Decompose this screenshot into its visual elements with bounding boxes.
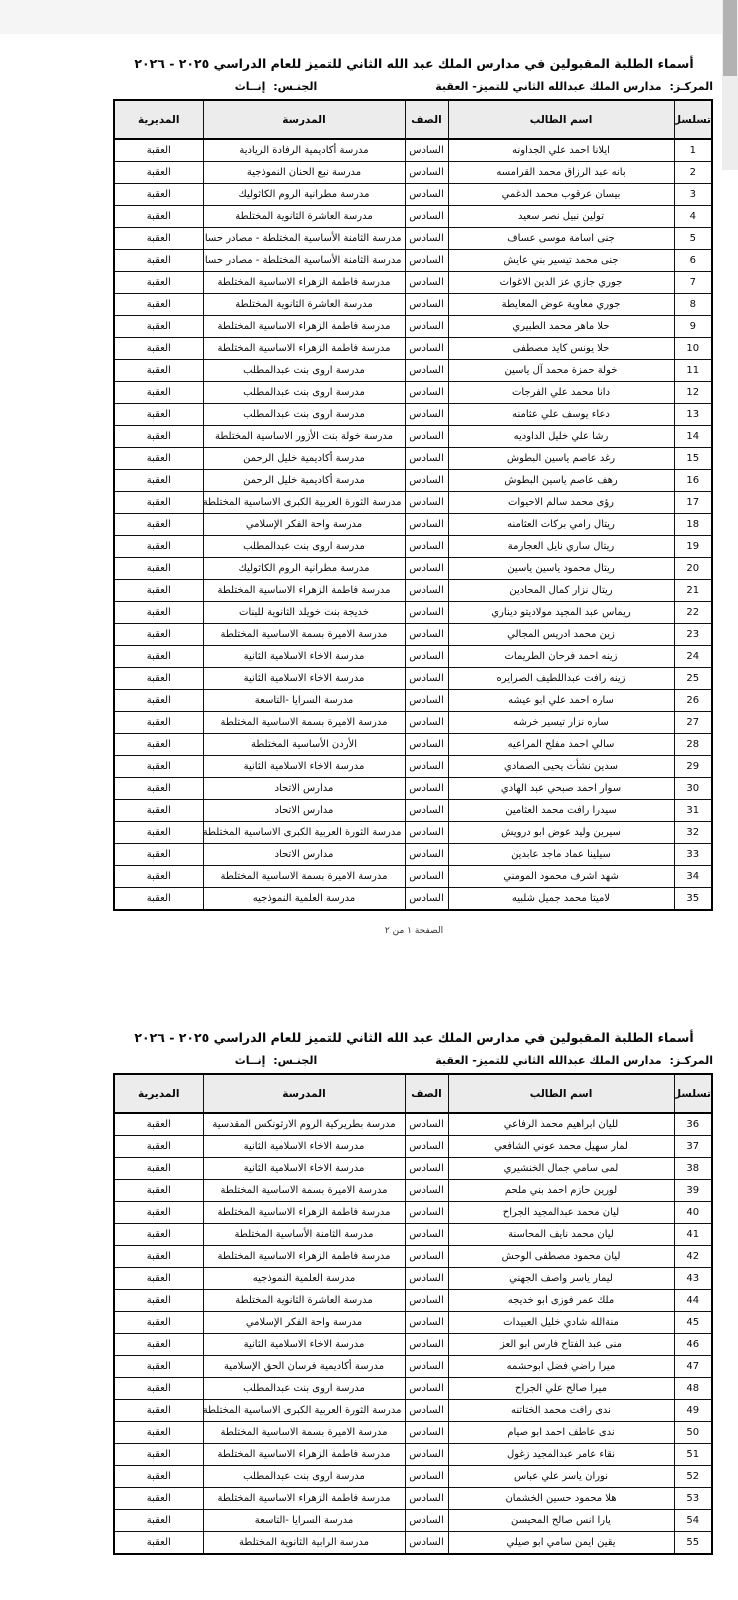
student-name-cell: زينه رافت عبداللطيف الصرايره	[448, 668, 674, 690]
report-meta: المركـز: مدارس الملك عبدالله الثاني للتم…	[115, 80, 713, 93]
directorate-cell: العقبة	[114, 492, 203, 514]
grade-cell: السادس	[405, 382, 448, 404]
directorate-cell: العقبة	[114, 734, 203, 756]
school-cell: مدرسة الثورة العربية الكبرى الاساسية الم…	[203, 492, 405, 514]
school-cell: مدرسة أكاديمية خليل الرحمن	[203, 470, 405, 492]
grade-cell: السادس	[405, 1290, 448, 1312]
table-row: 43ليمار ياسر واصف الجهنيالسادسمدرسة العل…	[114, 1268, 712, 1290]
table-row: 44ملك عمر فوزى ابو خديجهالسادسمدرسة العا…	[114, 1290, 712, 1312]
directorate-cell: العقبة	[114, 162, 203, 184]
school-cell: مدرسة الثامنة الأساسية المختلطة	[203, 1224, 405, 1246]
student-name-cell: ايلانا احمد علي الجداونه	[448, 139, 674, 162]
school-cell: مدرسة بطريركية الروم الارثونكس المقدسية	[203, 1113, 405, 1136]
directorate-cell: العقبة	[114, 382, 203, 404]
grade-cell: السادس	[405, 1246, 448, 1268]
grade-cell: السادس	[405, 888, 448, 911]
student-name-cell: رهف عاصم ياسين البطوش	[448, 470, 674, 492]
directorate-cell: العقبة	[114, 558, 203, 580]
header-student-name: اسم الطالب	[448, 100, 674, 139]
student-name-cell: دعاء يوسف علي عثامنه	[448, 404, 674, 426]
table-row: 19ريتال ساري نايل العجارمةالسادسمدرسة ار…	[114, 536, 712, 558]
table-row: 40ليان محمد عبدالمجيد الجراحالسادسمدرسة …	[114, 1202, 712, 1224]
student-name-cell: منةالله شادي خليل العبيدات	[448, 1312, 674, 1334]
directorate-cell: العقبة	[114, 1290, 203, 1312]
directorate-cell: العقبة	[114, 470, 203, 492]
directorate-cell: العقبة	[114, 338, 203, 360]
school-cell: مدرسة اروى بنت عبدالمطلب	[203, 360, 405, 382]
directorate-cell: العقبة	[114, 1334, 203, 1356]
serial-cell: 39	[674, 1180, 712, 1202]
table-row: 35لاميتا محمد جميل شلبيهالسادسمدرسة العل…	[114, 888, 712, 911]
grade-cell: السادس	[405, 1202, 448, 1224]
student-name-cell: ملك عمر فوزى ابو خديجه	[448, 1290, 674, 1312]
serial-cell: 7	[674, 272, 712, 294]
grade-cell: السادس	[405, 558, 448, 580]
directorate-cell: العقبة	[114, 822, 203, 844]
serial-cell: 12	[674, 382, 712, 404]
student-name-cell: ريتال محمود ياسين ياسين	[448, 558, 674, 580]
grade-cell: السادس	[405, 756, 448, 778]
table-row: 32سيرين وليد عوض ابو درويشالسادسمدرسة ال…	[114, 822, 712, 844]
serial-cell: 17	[674, 492, 712, 514]
school-cell: مدرسة الثامنة الأساسية المختلطة - مصادر …	[203, 228, 405, 250]
directorate-cell: العقبة	[114, 756, 203, 778]
school-cell: مدرسة العاشرة الثانوية المختلطة	[203, 206, 405, 228]
grade-cell: السادس	[405, 580, 448, 602]
grade-cell: السادس	[405, 404, 448, 426]
table-row: 47ميرا راضي فضل ابوحشمهالسادسمدرسة أكادي…	[114, 1356, 712, 1378]
serial-cell: 26	[674, 690, 712, 712]
school-cell: مدرسة الاخاء الاسلامية الثانية	[203, 1158, 405, 1180]
grade-cell: السادس	[405, 514, 448, 536]
directorate-cell: العقبة	[114, 294, 203, 316]
table-row: 14رشا علي خليل الداوديهالسادسمدرسة خولة …	[114, 426, 712, 448]
header-serial: تسلسل	[674, 1074, 712, 1113]
table-row: 10حلا يونس كايد مصطفىالسادسمدرسة فاطمة ا…	[114, 338, 712, 360]
student-name-cell: سيرين وليد عوض ابو درويش	[448, 822, 674, 844]
grade-cell: السادس	[405, 866, 448, 888]
student-name-cell: ريتال ساري نايل العجارمة	[448, 536, 674, 558]
table-row: 51نقاء عامر عبدالمجيد زغولالسادسمدرسة فا…	[114, 1444, 712, 1466]
grade-cell: السادس	[405, 1532, 448, 1555]
serial-cell: 46	[674, 1334, 712, 1356]
school-cell: مدرسة العاشرة الثانوية المختلطة	[203, 1290, 405, 1312]
grade-cell: السادس	[405, 1510, 448, 1532]
student-name-cell: منى عبد الفتاح فارس ابو العز	[448, 1334, 674, 1356]
directorate-cell: العقبة	[114, 404, 203, 426]
grade-cell: السادس	[405, 1466, 448, 1488]
serial-cell: 28	[674, 734, 712, 756]
serial-cell: 44	[674, 1290, 712, 1312]
table-row: 54يارا انس صالح المحيسنالسادسمدرسة السرا…	[114, 1510, 712, 1532]
grade-cell: السادس	[405, 162, 448, 184]
grade-cell: السادس	[405, 844, 448, 866]
serial-cell: 13	[674, 404, 712, 426]
school-cell: مدرسة مطرانية الروم الكاثوليك	[203, 558, 405, 580]
student-name-cell: رشا علي خليل الداوديه	[448, 426, 674, 448]
serial-cell: 52	[674, 1466, 712, 1488]
school-cell: مدرسة فاطمة الزهراء الاساسية المختلطة	[203, 1246, 405, 1268]
student-name-cell: نوران ياسر علي عباس	[448, 1466, 674, 1488]
table-row: 1ايلانا احمد علي الجداونهالسادسمدرسة أكا…	[114, 139, 712, 162]
school-cell: مدرسة واحة الفكر الإسلامي	[203, 1312, 405, 1334]
table-row: 45منةالله شادي خليل العبيداتالسادسمدرسة …	[114, 1312, 712, 1334]
table-header-row: تسلسل اسم الطالب الصف المدرسة المديرية	[114, 1074, 712, 1113]
student-name-cell: ندى رافت محمد الختاتنه	[448, 1400, 674, 1422]
grade-cell: السادس	[405, 492, 448, 514]
grade-cell: السادس	[405, 800, 448, 822]
school-cell: مدرسة العاشرة الثانوية المختلطة	[203, 294, 405, 316]
student-name-cell: سوار احمد صبحي عبد الهادي	[448, 778, 674, 800]
grade-cell: السادس	[405, 448, 448, 470]
document-viewport: أسماء الطلبة المقبولين في مدارس الملك عب…	[0, 0, 738, 1600]
student-name-cell: شهد اشرف محمود المومني	[448, 866, 674, 888]
student-name-cell: لمى سامي جمال الخنشيري	[448, 1158, 674, 1180]
grade-cell: السادس	[405, 1312, 448, 1334]
center-value: مدارس الملك عبدالله الثاني للتميز- العقب…	[435, 1054, 661, 1067]
serial-cell: 25	[674, 668, 712, 690]
student-name-cell: جنى محمد تيسير بني عايش	[448, 250, 674, 272]
table-row: 17رؤى محمد سالم الاحيواتالسادسمدرسة الثو…	[114, 492, 712, 514]
grade-cell: السادس	[405, 1180, 448, 1202]
center-label: المركـز:	[669, 1054, 713, 1067]
table-row: 2بانه عبد الرزاق محمد القرامسهالسادسمدرس…	[114, 162, 712, 184]
student-name-cell: حلا يونس كايد مصطفى	[448, 338, 674, 360]
school-cell: مدرسة الاميرة بسمة الاساسية المختلطة	[203, 624, 405, 646]
grade-cell: السادس	[405, 734, 448, 756]
serial-cell: 11	[674, 360, 712, 382]
table-row: 25زينه رافت عبداللطيف الصرايرهالسادسمدرس…	[114, 668, 712, 690]
table-row: 50ندى عاطف احمد ابو صيامالسادسمدرسة الام…	[114, 1422, 712, 1444]
table-row: 38لمى سامي جمال الخنشيريالسادسمدرسة الاخ…	[114, 1158, 712, 1180]
grade-cell: السادس	[405, 1113, 448, 1136]
header-grade: الصف	[405, 100, 448, 139]
gender-label: الجنـس:	[273, 80, 317, 93]
grade-cell: السادس	[405, 1488, 448, 1510]
serial-cell: 36	[674, 1113, 712, 1136]
directorate-cell: العقبة	[114, 316, 203, 338]
table-row: 7جوري جازي عز الدين الاغواتالسادسمدرسة ف…	[114, 272, 712, 294]
page-title: أسماء الطلبة المقبولين في مدارس الملك عب…	[115, 56, 713, 71]
table-row: 24زينه احمد فرحان الطريماتالسادسمدرسة ال…	[114, 646, 712, 668]
serial-cell: 37	[674, 1136, 712, 1158]
school-cell: مدرسة اروى بنت عبدالمطلب	[203, 1378, 405, 1400]
gender-label: الجنـس:	[273, 1054, 317, 1067]
page-number-footer: الصفحة ١ من ٢	[115, 926, 713, 936]
table-row: 52نوران ياسر علي عباسالسادسمدرسة اروى بن…	[114, 1466, 712, 1488]
grade-cell: السادس	[405, 338, 448, 360]
school-cell: مدارس الاتحاد	[203, 778, 405, 800]
directorate-cell: العقبة	[114, 536, 203, 558]
student-name-cell: هلا محمود حسين الخشمان	[448, 1488, 674, 1510]
table-row: 21ريتال نزار كمال المحادينالسادسمدرسة فا…	[114, 580, 712, 602]
directorate-cell: العقبة	[114, 1532, 203, 1555]
grade-cell: السادس	[405, 822, 448, 844]
directorate-cell: العقبة	[114, 360, 203, 382]
grade-cell: السادس	[405, 624, 448, 646]
table-row: 46منى عبد الفتاح فارس ابو العزالسادسمدرس…	[114, 1334, 712, 1356]
serial-cell: 53	[674, 1488, 712, 1510]
student-name-cell: ساره نزار تيسير خرشه	[448, 712, 674, 734]
student-name-cell: لاميتا محمد جميل شلبيه	[448, 888, 674, 911]
serial-cell: 18	[674, 514, 712, 536]
student-name-cell: ريتال رامي بركات العثامنه	[448, 514, 674, 536]
school-cell: مدرسة فاطمة الزهراء الاساسية المختلطة	[203, 338, 405, 360]
serial-cell: 1	[674, 139, 712, 162]
student-name-cell: بانه عبد الرزاق محمد القرامسه	[448, 162, 674, 184]
grade-cell: السادس	[405, 360, 448, 382]
grade-cell: السادس	[405, 426, 448, 448]
serial-cell: 21	[674, 580, 712, 602]
scrollbar-thumb[interactable]	[723, 0, 737, 76]
directorate-cell: العقبة	[114, 1488, 203, 1510]
serial-cell: 30	[674, 778, 712, 800]
student-name-cell: لليان ابراهيم محمد الرفاعي	[448, 1113, 674, 1136]
school-cell: مدرسة أكاديمية خليل الرحمن	[203, 448, 405, 470]
serial-cell: 33	[674, 844, 712, 866]
serial-cell: 49	[674, 1400, 712, 1422]
school-cell: مدرسة الاميرة بسمة الاساسية المختلطة	[203, 866, 405, 888]
grade-cell: السادس	[405, 1158, 448, 1180]
student-name-cell: بيسان عرقوب محمد الدغمي	[448, 184, 674, 206]
directorate-cell: العقبة	[114, 1180, 203, 1202]
student-name-cell: زينه احمد فرحان الطريمات	[448, 646, 674, 668]
serial-cell: 23	[674, 624, 712, 646]
report-meta: المركـز: مدارس الملك عبدالله الثاني للتم…	[115, 1054, 713, 1067]
school-cell: مدرسة الاميرة بسمة الاساسية المختلطة	[203, 1180, 405, 1202]
school-cell: مدرسة الاخاء الاسلامية الثانية	[203, 646, 405, 668]
school-cell: مدرسة الاخاء الاسلامية الثانية	[203, 668, 405, 690]
school-cell: مدرسة العلمية النموذجيه	[203, 888, 405, 911]
table-row: 53هلا محمود حسين الخشمانالسادسمدرسة فاطم…	[114, 1488, 712, 1510]
student-name-cell: ريتال نزار كمال المحادين	[448, 580, 674, 602]
serial-cell: 20	[674, 558, 712, 580]
directorate-cell: العقبة	[114, 1136, 203, 1158]
directorate-cell: العقبة	[114, 1202, 203, 1224]
school-cell: مدرسة أكاديمية الرفادة الريادية	[203, 139, 405, 162]
serial-cell: 14	[674, 426, 712, 448]
school-cell: مدرسة فاطمة الزهراء الاساسية المختلطة	[203, 1488, 405, 1510]
table-row: 55يقين ايمن سامي ابو صيليالسادسمدرسة الر…	[114, 1532, 712, 1555]
serial-cell: 4	[674, 206, 712, 228]
student-name-cell: سالي احمد مفلح المراعيه	[448, 734, 674, 756]
school-cell: مدرسة نبع الحنان النموذجية	[203, 162, 405, 184]
school-cell: مدرسة مطرانية الروم الكاثوليك	[203, 184, 405, 206]
serial-cell: 29	[674, 756, 712, 778]
serial-cell: 31	[674, 800, 712, 822]
directorate-cell: العقبة	[114, 139, 203, 162]
student-name-cell: ميرا صالح علي الجراح	[448, 1378, 674, 1400]
school-cell: مدرسة أكاديمية فرسان الحق الإسلامية	[203, 1356, 405, 1378]
gender-field: الجنـس: إنــاث	[235, 1054, 317, 1067]
table-row: 12دانا محمد علي الفرجاتالسادسمدرسة اروى …	[114, 382, 712, 404]
school-cell: مدارس الاتحاد	[203, 800, 405, 822]
grade-cell: السادس	[405, 470, 448, 492]
student-name-cell: خولة حمزة محمد آل ياسين	[448, 360, 674, 382]
header-directorate: المديرية	[114, 1074, 203, 1113]
directorate-cell: العقبة	[114, 866, 203, 888]
header-serial: تسلسل	[674, 100, 712, 139]
serial-cell: 19	[674, 536, 712, 558]
student-name-cell: رغد عاصم ياسين البطوش	[448, 448, 674, 470]
student-name-cell: ريماس عبد المجيد مولاديتو ديناري	[448, 602, 674, 624]
school-cell: مدرسة الثورة العربية الكبرى الاساسية الم…	[203, 1400, 405, 1422]
directorate-cell: العقبة	[114, 1356, 203, 1378]
directorate-cell: العقبة	[114, 580, 203, 602]
table-row: 18ريتال رامي بركات العثامنهالسادسمدرسة و…	[114, 514, 712, 536]
school-cell: الأردن الأساسية المختلطة	[203, 734, 405, 756]
student-name-cell: نقاء عامر عبدالمجيد زغول	[448, 1444, 674, 1466]
table-row: 31سيدرا رافت محمد العثامينالسادسمدارس ال…	[114, 800, 712, 822]
table-row: 13دعاء يوسف علي عثامنهالسادسمدرسة اروى ب…	[114, 404, 712, 426]
directorate-cell: العقبة	[114, 514, 203, 536]
serial-cell: 8	[674, 294, 712, 316]
student-name-cell: ليمار ياسر واصف الجهني	[448, 1268, 674, 1290]
grade-cell: السادس	[405, 602, 448, 624]
school-cell: مدرسة السرايا -التاسعة	[203, 1510, 405, 1532]
student-name-cell: جنى اسامة موسى عساف	[448, 228, 674, 250]
serial-cell: 51	[674, 1444, 712, 1466]
table-row: 27ساره نزار تيسير خرشهالسادسمدرسة الامير…	[114, 712, 712, 734]
serial-cell: 40	[674, 1202, 712, 1224]
table-header-row: تسلسل اسم الطالب الصف المدرسة المديرية	[114, 100, 712, 139]
table-row: 6جنى محمد تيسير بني عايشالسادسمدرسة الثا…	[114, 250, 712, 272]
grade-cell: السادس	[405, 778, 448, 800]
table-row: 26ساره احمد علي ابو عيشهالسادسمدرسة السر…	[114, 690, 712, 712]
directorate-cell: العقبة	[114, 712, 203, 734]
directorate-cell: العقبة	[114, 206, 203, 228]
directorate-cell: العقبة	[114, 646, 203, 668]
directorate-cell: العقبة	[114, 1113, 203, 1136]
school-cell: مدرسة اروى بنت عبدالمطلب	[203, 536, 405, 558]
header-grade: الصف	[405, 1074, 448, 1113]
directorate-cell: العقبة	[114, 1268, 203, 1290]
student-name-cell: ليان محمد عبدالمجيد الجراح	[448, 1202, 674, 1224]
table-row: 29سدين نشأت يحيى الصماديالسادسمدرسة الاخ…	[114, 756, 712, 778]
directorate-cell: العقبة	[114, 844, 203, 866]
directorate-cell: العقبة	[114, 1422, 203, 1444]
student-name-cell: يارا انس صالح المحيسن	[448, 1510, 674, 1532]
serial-cell: 48	[674, 1378, 712, 1400]
directorate-cell: العقبة	[114, 426, 203, 448]
directorate-cell: العقبة	[114, 668, 203, 690]
grade-cell: السادس	[405, 646, 448, 668]
student-name-cell: جوري معاوية عوض المعايطة	[448, 294, 674, 316]
table-body-page-2: 36لليان ابراهيم محمد الرفاعيالسادسمدرسة …	[114, 1113, 712, 1554]
directorate-cell: العقبة	[114, 888, 203, 911]
center-label: المركـز:	[669, 80, 713, 93]
table-row: 42ليان محمود مصطفى الوحشالسادسمدرسة فاطم…	[114, 1246, 712, 1268]
directorate-cell: العقبة	[114, 1224, 203, 1246]
student-name-cell: زين محمد ادريس المجالي	[448, 624, 674, 646]
school-cell: خديجة بنت خويلد الثانوية للبنات	[203, 602, 405, 624]
grade-cell: السادس	[405, 250, 448, 272]
school-cell: مدرسة فاطمة الزهراء الاساسية المختلطة	[203, 580, 405, 602]
serial-cell: 50	[674, 1422, 712, 1444]
serial-cell: 6	[674, 250, 712, 272]
school-cell: مدرسة فاطمة الزهراء الاساسية المختلطة	[203, 316, 405, 338]
serial-cell: 10	[674, 338, 712, 360]
grade-cell: السادس	[405, 668, 448, 690]
grade-cell: السادس	[405, 1136, 448, 1158]
serial-cell: 27	[674, 712, 712, 734]
school-cell: مدرسة الاميرة بسمة الاساسية المختلطة	[203, 1422, 405, 1444]
directorate-cell: العقبة	[114, 1158, 203, 1180]
school-cell: مدرسة الثورة العربية الكبرى الاساسية الم…	[203, 822, 405, 844]
school-cell: مدرسة الرابية الثانوية المختلطة	[203, 1532, 405, 1555]
student-name-cell: دانا محمد علي الفرجات	[448, 382, 674, 404]
school-cell: مدرسة فاطمة الزهراء الاساسية المختلطة	[203, 272, 405, 294]
header-school: المدرسة	[203, 100, 405, 139]
student-name-cell: سيدرا رافت محمد العثامين	[448, 800, 674, 822]
grade-cell: السادس	[405, 228, 448, 250]
school-cell: مدرسة الاميرة بسمة الاساسية المختلطة	[203, 712, 405, 734]
grade-cell: السادس	[405, 294, 448, 316]
table-row: 28سالي احمد مفلح المراعيهالسادسالأردن ال…	[114, 734, 712, 756]
school-cell: مدرسة واحة الفكر الإسلامي	[203, 514, 405, 536]
table-row: 49ندى رافت محمد الختاتنهالسادسمدرسة الثو…	[114, 1400, 712, 1422]
student-name-cell: سدين نشأت يحيى الصمادي	[448, 756, 674, 778]
gender-field: الجنـس: إنــاث	[235, 80, 317, 93]
report-page-1: أسماء الطلبة المقبولين في مدارس الملك عب…	[115, 0, 713, 936]
directorate-cell: العقبة	[114, 448, 203, 470]
grade-cell: السادس	[405, 272, 448, 294]
grade-cell: السادس	[405, 1378, 448, 1400]
school-cell: مدرسة الثامنة الأساسية المختلطة - مصادر …	[203, 250, 405, 272]
serial-cell: 16	[674, 470, 712, 492]
table-row: 8جوري معاوية عوض المعايطةالسادسمدرسة الع…	[114, 294, 712, 316]
grade-cell: السادس	[405, 1356, 448, 1378]
grade-cell: السادس	[405, 184, 448, 206]
school-cell: مدارس الاتحاد	[203, 844, 405, 866]
directorate-cell: العقبة	[114, 1246, 203, 1268]
serial-cell: 54	[674, 1510, 712, 1532]
grade-cell: السادس	[405, 1422, 448, 1444]
serial-cell: 34	[674, 866, 712, 888]
page-title: أسماء الطلبة المقبولين في مدارس الملك عب…	[115, 1030, 713, 1045]
school-cell: مدرسة الاخاء الاسلامية الثانية	[203, 1334, 405, 1356]
directorate-cell: العقبة	[114, 250, 203, 272]
directorate-cell: العقبة	[114, 624, 203, 646]
grade-cell: السادس	[405, 206, 448, 228]
grade-cell: السادس	[405, 1224, 448, 1246]
center-field: المركـز: مدارس الملك عبدالله الثاني للتم…	[435, 1054, 713, 1067]
header-directorate: المديرية	[114, 100, 203, 139]
serial-cell: 35	[674, 888, 712, 911]
student-name-cell: لمار سهيل محمد عوني الشافعي	[448, 1136, 674, 1158]
student-name-cell: سيلينا عماد ماجد عابدين	[448, 844, 674, 866]
grade-cell: السادس	[405, 690, 448, 712]
grade-cell: السادس	[405, 712, 448, 734]
student-name-cell: جوري جازي عز الدين الاغوات	[448, 272, 674, 294]
directorate-cell: العقبة	[114, 690, 203, 712]
table-row: 33سيلينا عماد ماجد عابدينالسادسمدارس الا…	[114, 844, 712, 866]
serial-cell: 43	[674, 1268, 712, 1290]
table-row: 36لليان ابراهيم محمد الرفاعيالسادسمدرسة …	[114, 1113, 712, 1136]
directorate-cell: العقبة	[114, 800, 203, 822]
table-row: 23زين محمد ادريس المجاليالسادسمدرسة الام…	[114, 624, 712, 646]
grade-cell: السادس	[405, 1334, 448, 1356]
school-cell: مدرسة الاخاء الاسلامية الثانية	[203, 1136, 405, 1158]
directorate-cell: العقبة	[114, 272, 203, 294]
student-name-cell: ساره احمد علي ابو عيشه	[448, 690, 674, 712]
students-table-page-1: تسلسل اسم الطالب الصف المدرسة المديرية 1…	[113, 99, 713, 911]
serial-cell: 42	[674, 1246, 712, 1268]
directorate-cell: العقبة	[114, 602, 203, 624]
table-row: 48ميرا صالح علي الجراحالسادسمدرسة اروى ب…	[114, 1378, 712, 1400]
table-row: 20ريتال محمود ياسين ياسينالسادسمدرسة مطر…	[114, 558, 712, 580]
directorate-cell: العقبة	[114, 1510, 203, 1532]
